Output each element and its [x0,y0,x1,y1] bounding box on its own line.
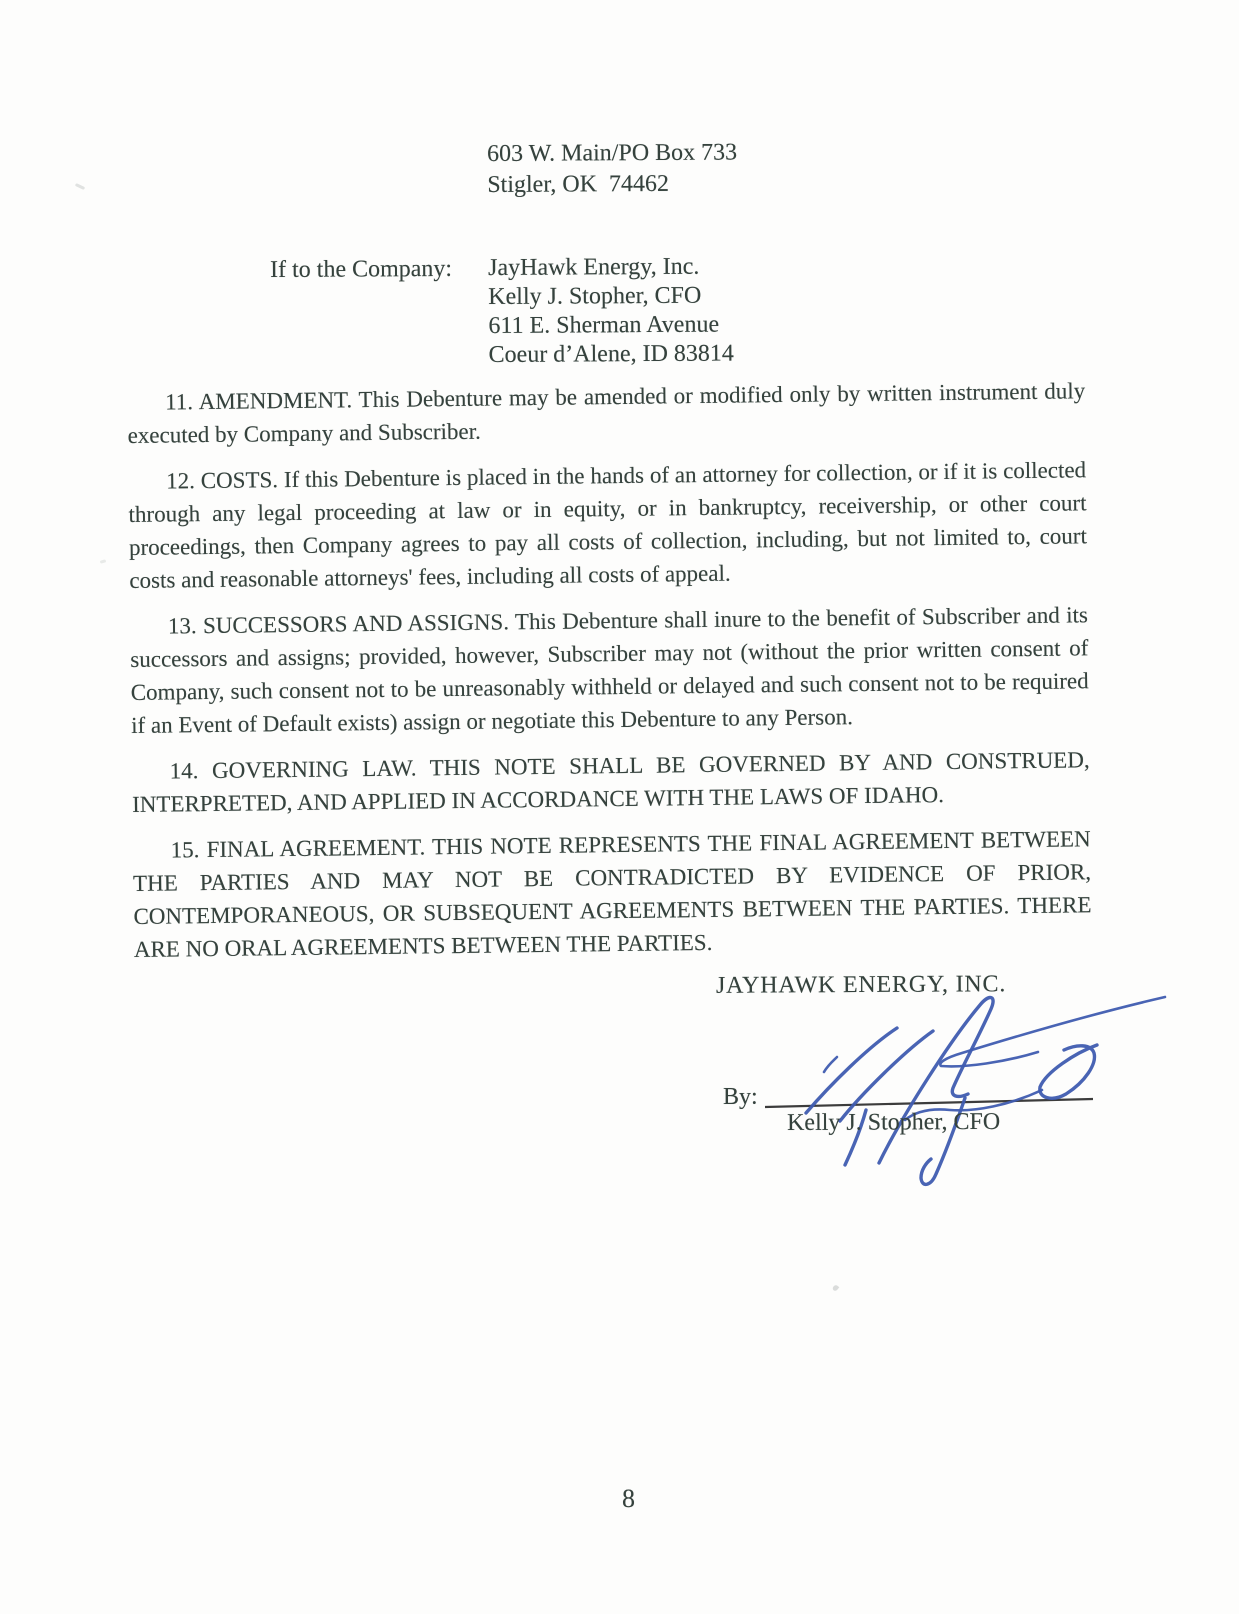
address-line: 603 W. Main/PO Box 733 [487,137,737,170]
scan-speck [832,1284,840,1292]
company-address-block: JayHawk Energy, Inc. Kelly J. Stopher, C… [488,253,734,370]
signature-line [765,1099,1093,1107]
scanned-document-page: 603 W. Main/PO Box 733 Stigler, OK 74462… [0,0,1239,1614]
address-line: JayHawk Energy, Inc. [488,253,733,283]
signature-company-name: JAYHAWK ENERGY, INC. [716,971,1006,1000]
address-line: 611 E. Sherman Avenue [488,311,733,341]
address-line: Stigler, OK 74462 [487,168,737,201]
paragraph-11-amendment: 11. AMENDMENT. This Debenture may be ame… [127,374,1086,452]
address-line: Kelly J. Stopher, CFO [488,282,733,312]
paragraph-13-successors-and-assigns: 13. SUCCESSORS AND ASSIGNS. This Debentu… [130,598,1090,742]
scan-speck [75,183,85,190]
paragraph-15-final-agreement: 15. FINAL AGREEMENT. THIS NOTE REPRESENT… [132,822,1092,966]
signer-name: Kelly J. Stopher, CFO [787,1109,1000,1137]
company-notice-label: If to the Company: [270,256,452,284]
return-address-block: 603 W. Main/PO Box 733 Stigler, OK 74462 [487,137,737,201]
address-line: Coeur d’Alene, ID 83814 [489,340,734,370]
paragraph-12-costs: 12. COSTS. If this Debenture is placed i… [128,453,1088,597]
body-paragraphs: 11. AMENDMENT. This Debenture may be ame… [127,374,1092,979]
page-number: 8 [622,1484,635,1514]
by-label: By: [723,1084,758,1111]
paragraph-14-governing-law: 14. GOVERNING LAW. THIS NOTE SHALL BE GO… [132,743,1091,821]
scan-speck [100,559,107,563]
